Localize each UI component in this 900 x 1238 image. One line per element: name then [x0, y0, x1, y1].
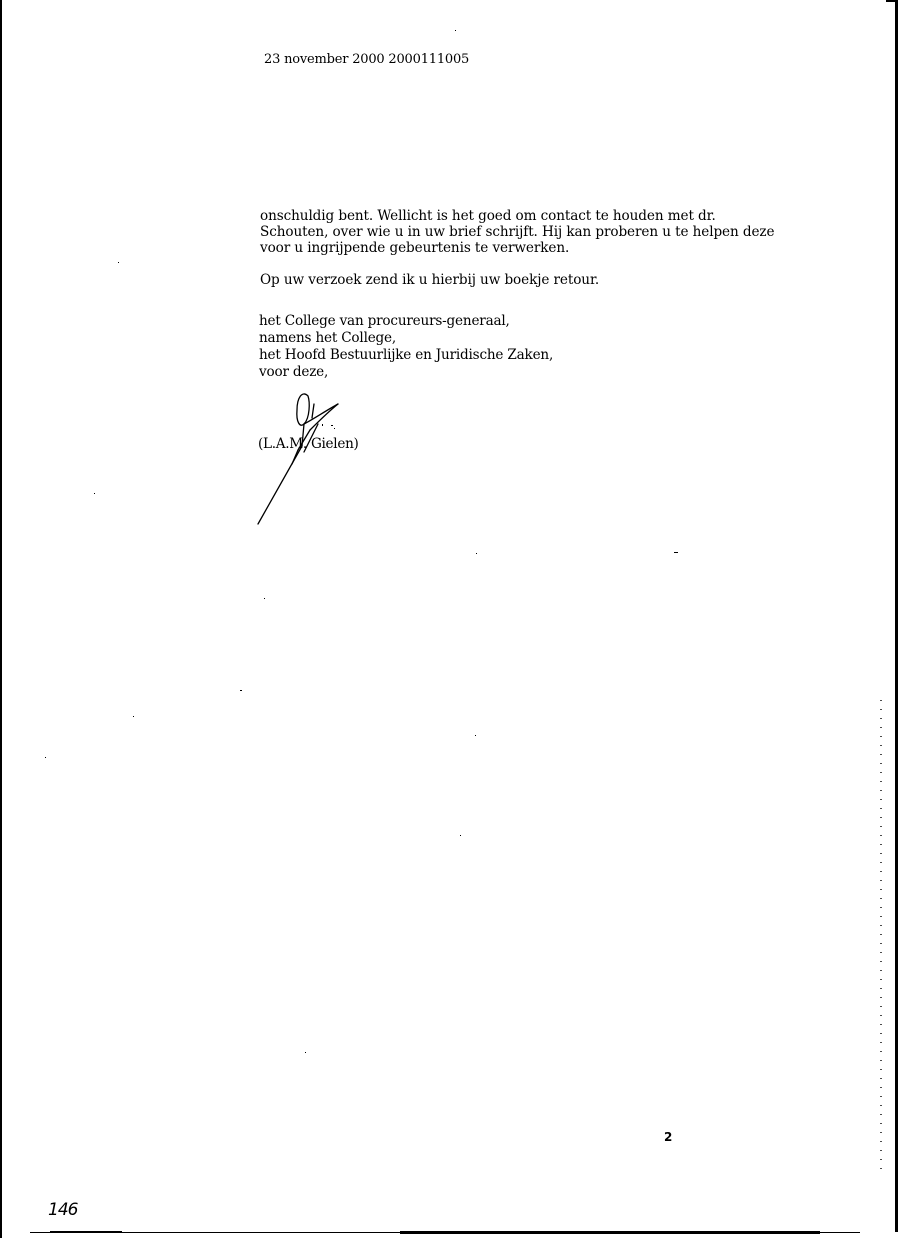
bottom-scan-rule-segment [400, 1231, 820, 1234]
document-page: 23 november 2000 2000111005 onschuldig b… [0, 0, 900, 1238]
scan-speck [455, 30, 456, 31]
scan-speck [460, 835, 461, 836]
body-paragraph: onschuldig bent. Wellicht is het goed om… [260, 208, 780, 256]
header-date-reference: 23 november 2000 2000111005 [264, 52, 469, 67]
scan-speck [240, 690, 242, 691]
scan-edge-right [895, 0, 898, 1232]
letter-body: onschuldig bent. Wellicht is het goed om… [260, 208, 780, 288]
scan-noise-dots [880, 700, 882, 1170]
letter-closing: het College van procureurs-generaal, nam… [259, 313, 553, 381]
scan-speck [475, 735, 476, 736]
page-number: 2 [664, 1130, 672, 1144]
handwritten-signature-icon [252, 388, 362, 528]
scan-edge-right-top [886, 0, 896, 2]
closing-line: voor deze, [259, 364, 553, 381]
scan-speck [118, 262, 119, 263]
scan-speck [94, 493, 95, 494]
scan-speck [305, 1052, 306, 1053]
scan-speck [45, 757, 46, 758]
scan-edge-left [0, 0, 2, 1238]
scan-speck [476, 553, 477, 554]
bottom-scan-rule-segment [50, 1231, 122, 1233]
scan-speck [264, 598, 265, 599]
scan-speck [133, 716, 134, 717]
closing-line: het College van procureurs-generaal, [259, 313, 553, 330]
closing-line: namens het College, [259, 330, 553, 347]
closing-line: het Hoofd Bestuurlijke en Juridische Zak… [259, 347, 553, 364]
body-paragraph: Op uw verzoek zend ik u hierbij uw boekj… [260, 272, 780, 288]
handwritten-annotation: 146 [48, 1200, 77, 1220]
scan-speck [674, 552, 678, 553]
